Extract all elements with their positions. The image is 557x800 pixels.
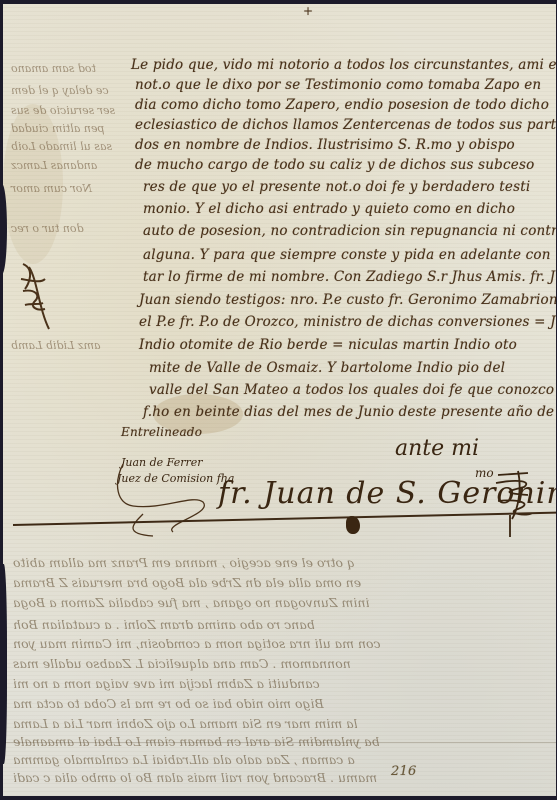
margin-bleed-text: tod sam amano	[11, 62, 96, 75]
margin-bleed-text: ce delay q el dem	[11, 84, 109, 97]
body-line: not.o que le dixo por se Testimonio como…	[135, 77, 541, 93]
body-line: mite de Valle de Osmaiz. Y bartolome Ind…	[149, 360, 505, 376]
body-line: monio. Y el dicho asi entrado y quieto c…	[143, 201, 515, 217]
notary-rubric-icon	[488, 469, 548, 539]
margin-bleed-text: ser seruicio de sus	[11, 104, 115, 117]
bleed-through-line: inim Zunvogan no ogana , ma fue cabalia …	[13, 595, 369, 610]
body-line: Juan siendo testigos: nro. P.e custo fr.…	[139, 292, 556, 308]
body-line: auto de posesion, no contradicion sin re…	[143, 223, 556, 239]
judge-rubric-icon	[103, 444, 243, 544]
body-line: valle del San Mateo a todos los quales d…	[149, 382, 554, 398]
body-line: dia como dicho tomo Zapero, endio posesi…	[135, 97, 549, 113]
bleed-through-line: en oma alla ela dn Zrbe ala Bogo bra mer…	[13, 575, 361, 590]
manuscript-page: + tod sam amano ce delay q el dem ser se…	[3, 4, 556, 796]
bleed-through-line: canduiti a Zabm lacija mi ave vaiga nom …	[13, 676, 320, 691]
body-line: alguna. Y para que siempre conste y pida…	[143, 247, 551, 263]
signature-rule-line	[13, 512, 556, 526]
ink-blot	[346, 516, 360, 534]
body-line: f.ho en beinte dias del mes de Junio des…	[143, 404, 556, 420]
bleed-through-line: q otro el ene acegio , manna em Pranz ma…	[13, 555, 355, 570]
torn-edge	[3, 564, 7, 764]
bleed-through-line: a caman , Zaa aalo ala alLrabiai La canl…	[13, 752, 355, 767]
body-line: Entrelineado	[121, 425, 202, 439]
bleed-through-line: mamu . Bracand yon rail mais alan Bo lo …	[13, 770, 377, 785]
bleed-through-line: nonnamom . Cam ana alquelicia L Zaabso u…	[13, 656, 351, 671]
body-line: dos en nombre de Indios. Ilustrisimo S. …	[135, 137, 515, 153]
body-line: tar lo firme de mi nombre. Con Zadiego S…	[143, 269, 556, 285]
body-line: Le pido que, vido mi notorio a todos los…	[131, 57, 556, 73]
bleed-through-line: banc ro abo anima dram Zolni . a cuatali…	[13, 617, 315, 632]
margin-bleed-text: don tur o rec	[11, 222, 84, 235]
body-line: Indio otomite de Rio berde = niculas mar…	[139, 337, 517, 353]
margin-rubric-icon	[15, 259, 55, 339]
folio-mark: +	[303, 4, 313, 18]
bleed-through-line: con ma uli nra sotiga nom a comdosin, mi…	[13, 636, 381, 651]
margin-bleed-text: andanas Lamcz	[11, 159, 97, 172]
bleed-through-line: ba ynlamdim Sia aral cn baman ciam Lo Lb…	[13, 734, 380, 749]
margin-bleed-text: sas ul limado Loib	[11, 140, 112, 153]
margin-bleed-text: amz Lidib Lamb	[11, 339, 101, 352]
body-line: de mucho cargo de todo su caliz y de dic…	[135, 157, 534, 173]
body-line: eclesiastico de dichos llamos Zentercena…	[135, 117, 556, 133]
margin-bleed-text: pen altim ciudad	[11, 122, 104, 135]
folio-number: 216	[391, 764, 416, 779]
margin-bleed-text: Nor cum amor	[11, 182, 92, 195]
bleed-through-line: Bigo mio nido bai so bo re ma ls Coba to…	[13, 696, 324, 711]
ante-mi-label: ante mi	[395, 436, 479, 461]
bleed-through-line: la mim mar en Sia mama Lo ajo Zobni mar …	[13, 716, 358, 731]
body-line: res de que yo el presente not.o doi fe y…	[143, 179, 530, 195]
body-line: el P.e fr. P.o de Orozco, ministro de di…	[139, 314, 556, 330]
